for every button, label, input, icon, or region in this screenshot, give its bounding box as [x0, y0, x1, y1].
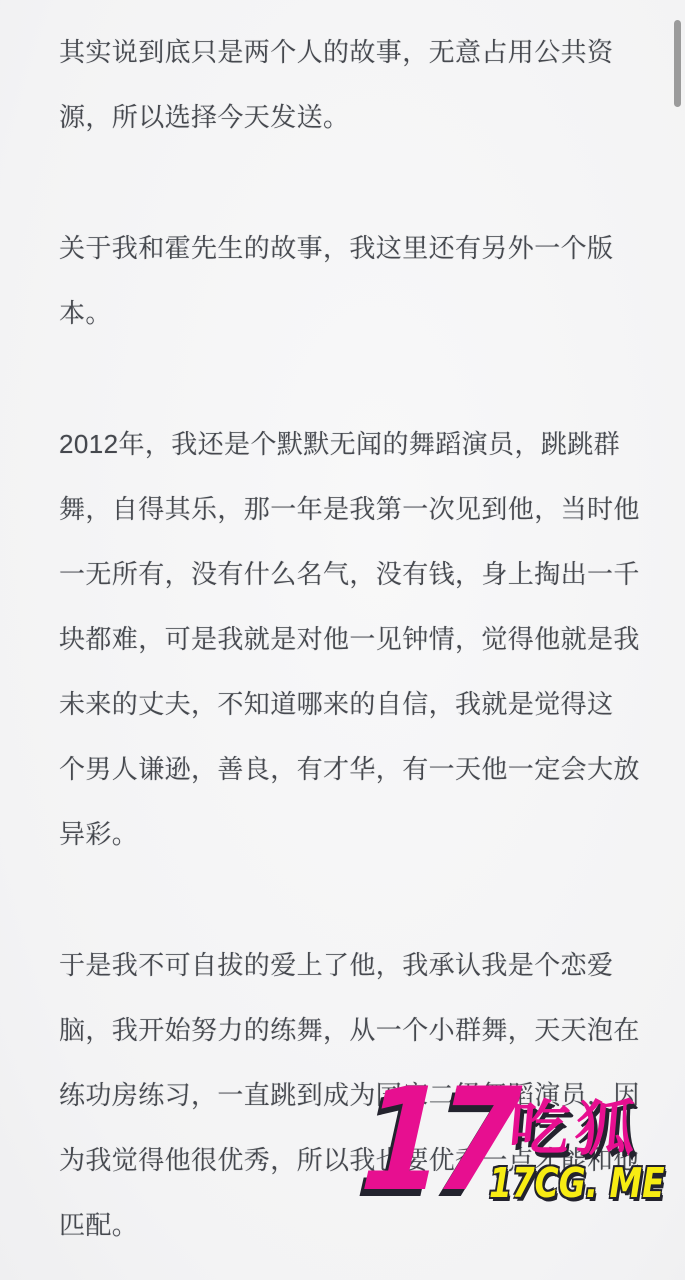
paragraph: 关于我和霍先生的故事，我这里还有另外一个版本。 [59, 216, 631, 346]
paragraph: 2012年，我还是个默默无闻的舞蹈演员，跳跳群舞，自得其乐，那一年是我第一次见到… [59, 412, 631, 867]
paragraph: 于是我不可自拔的爱上了他，我承认我是个恋爱脑，我开始努力的练舞，从一个小群舞，天… [59, 933, 631, 1258]
text-line: 舞，自得其乐，那一年是我第一次见到他，当时他 [59, 477, 631, 542]
text-line: 于是我不可自拔的爱上了他，我承认我是个恋爱 [59, 933, 631, 998]
text-line: 关于我和霍先生的故事，我这里还有另外一个版 [59, 216, 631, 281]
text-line: 一无所有，没有什么名气，没有钱，身上掏出一千 [59, 542, 631, 607]
text-line: 未来的丈夫，不知道哪来的自信，我就是觉得这 [59, 672, 631, 737]
text-line: 异彩。 [59, 802, 631, 867]
text-line: 源，所以选择今天发送。 [59, 85, 631, 150]
paragraph: 其实说到底只是两个人的故事，无意占用公共资源，所以选择今天发送。 [59, 20, 631, 150]
text-line: 匹配。 [59, 1193, 631, 1258]
text-line: 2012年，我还是个默默无闻的舞蹈演员，跳跳群 [59, 412, 631, 477]
text-line: 本。 [59, 281, 631, 346]
text-line: 其实说到底只是两个人的故事，无意占用公共资 [59, 20, 631, 85]
text-line: 块都难，可是我就是对他一见钟情，觉得他就是我 [59, 607, 631, 672]
scrollbar-thumb[interactable] [674, 20, 681, 107]
text-post-page: 其实说到底只是两个人的故事，无意占用公共资源，所以选择今天发送。关于我和霍先生的… [0, 0, 685, 1280]
article: 其实说到底只是两个人的故事，无意占用公共资源，所以选择今天发送。关于我和霍先生的… [59, 20, 631, 1258]
text-line: 为我觉得他很优秀，所以我也要优秀一点才能和他 [59, 1128, 631, 1193]
text-line: 个男人谦逊，善良，有才华，有一天他一定会大放 [59, 737, 631, 802]
text-line: 脑，我开始努力的练舞，从一个小群舞，天天泡在 [59, 998, 631, 1063]
text-line: 练功房练习，一直跳到成为国家二级舞蹈演员，因 [59, 1063, 631, 1128]
